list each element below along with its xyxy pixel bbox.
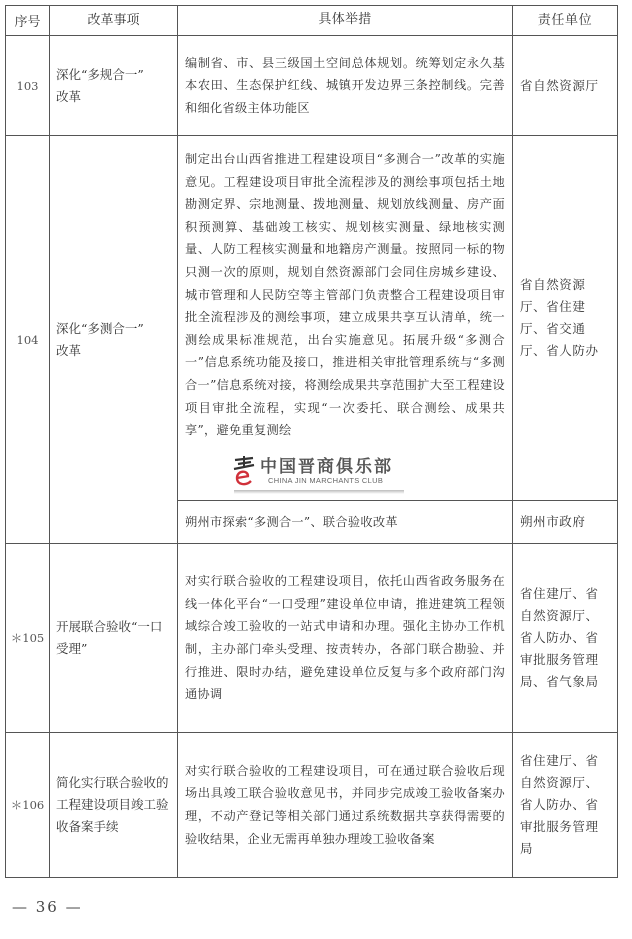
row-serial-number: ＊105 xyxy=(6,544,50,733)
reform-measures-table: 序号 改革事项 具体举措 责任单位 103 深化“多规合一” 改革 编制省、市、… xyxy=(5,5,618,878)
row-responsible-unit: 朔州市政府 xyxy=(513,501,618,544)
header-reform-item: 改革事项 xyxy=(50,6,178,36)
row-responsible-unit: 省住建厅、省自然资源厅、省人防办、省审批服务管理局 xyxy=(513,733,618,878)
row-measures: 对实行联合验收的工程建设项目，依托山西省政务服务在线一体化平台“一口受理”建设单… xyxy=(178,544,513,733)
table-row: 103 深化“多规合一” 改革 编制省、市、县三级国土空间总体规划。统筹划定永久… xyxy=(6,36,618,136)
row-responsible-unit: 省住建厅、省自然资源厅、省人防办、省审批服务管理局、省气象局 xyxy=(513,544,618,733)
table-header-row: 序号 改革事项 具体举措 责任单位 xyxy=(6,6,618,36)
table-row: ＊106 简化实行联合验收的工程建设项目竣工验收备案手续 对实行联合验收的工程建… xyxy=(6,733,618,878)
header-responsible-unit: 责任单位 xyxy=(513,6,618,36)
row-measures: 对实行联合验收的工程建设项目，可在通过联合验收后现场出具竣工联合验收意见书，并同… xyxy=(178,733,513,878)
row-measures: 制定出台山西省推进工程建设项目“多测合一”改革的实施意见。工程建设项目审批全流程… xyxy=(178,136,513,501)
row-responsible-unit: 省自然资源厅 xyxy=(513,36,618,136)
row-reform-item: 深化“多规合一” 改革 xyxy=(50,36,178,136)
row-serial-number: 103 xyxy=(6,36,50,136)
row-serial-number: ＊106 xyxy=(6,733,50,878)
row-serial-number: 104 xyxy=(6,136,50,544)
table-row: ＊105 开展联合验收“一口受理” 对实行联合验收的工程建设项目，依托山西省政务… xyxy=(6,544,618,733)
table-row: 104 深化“多测合一” 改革 制定出台山西省推进工程建设项目“多测合一”改革的… xyxy=(6,136,618,501)
row-measures: 朔州市探索“多测合一”、联合验收改革 xyxy=(178,501,513,544)
page-number: — 36 — xyxy=(12,898,83,916)
row-responsible-unit: 省自然资源厅、省住建厅、省交通厅、省人防办 xyxy=(513,136,618,501)
row-reform-item: 简化实行联合验收的工程建设项目竣工验收备案手续 xyxy=(50,733,178,878)
header-specific-measures: 具体举措 xyxy=(178,6,513,36)
row-reform-item: 开展联合验收“一口受理” xyxy=(50,544,178,733)
header-serial-number: 序号 xyxy=(6,6,50,36)
row-measures: 编制省、市、县三级国土空间总体规划。统筹划定永久基本农田、生态保护红线、城镇开发… xyxy=(178,36,513,136)
row-reform-item: 深化“多测合一” 改革 xyxy=(50,136,178,544)
